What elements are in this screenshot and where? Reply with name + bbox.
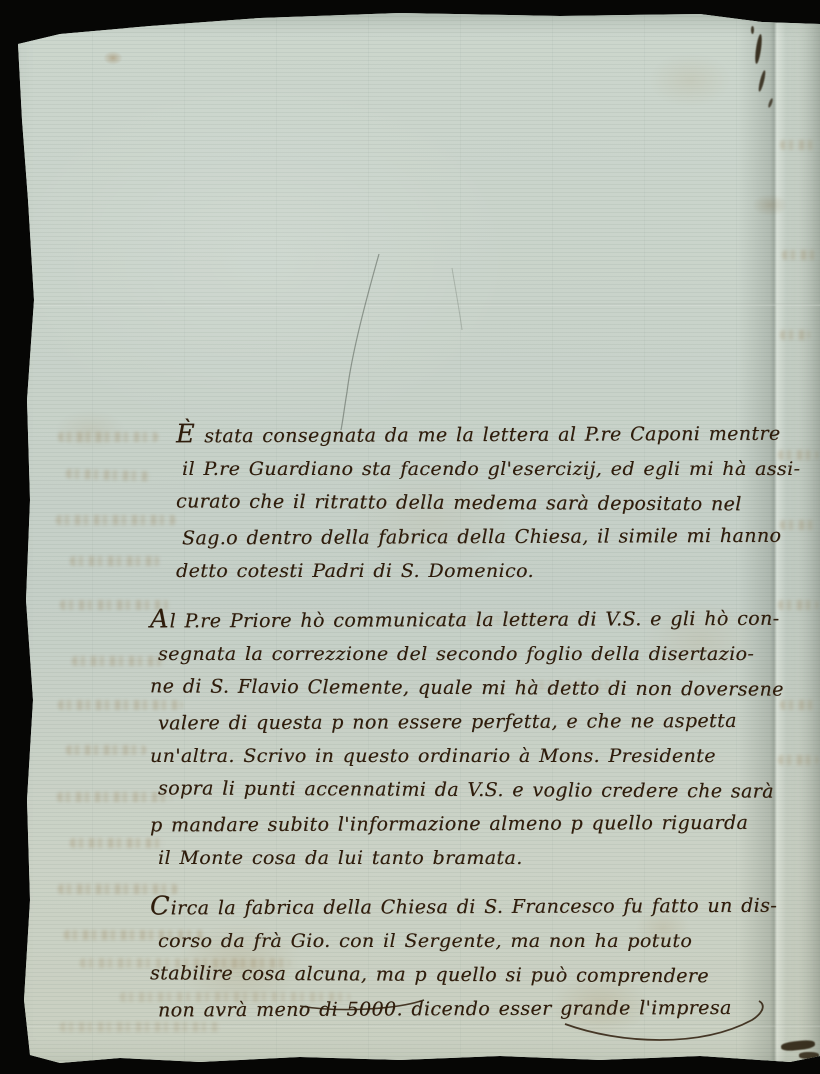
horizontal-crease [0,303,820,306]
manuscript-line: corso da frà Gio. con il Sergente, ma no… [158,924,798,958]
manuscript-line: un'altra. Scrivo in questo ordinario à M… [150,739,798,773]
manuscript-line: curato che il ritratto della medema sarà… [176,484,798,521]
manuscript-line: ne di S. Flavio Clemente, quale mi hà de… [150,669,798,706]
scan-background: È stata consegnata da me la lettera al P… [0,0,820,1074]
ink-smudge [754,34,763,64]
paragraph: Al P.re Priore hò communicata la lettera… [150,601,798,875]
manuscript-line: il P.re Guardiano sta facendo gl'eserciz… [182,452,798,486]
letter-page: È stata consegnata da me la lettera al P… [0,0,820,1074]
manuscript-line: p mandare subito l'informazione almeno p… [150,806,798,843]
bleedthrough-mark [780,140,816,150]
paragraph: Circa la fabrica della Chiesa di S. Fran… [150,888,798,1026]
manuscript-line: detto cotesti Padri di S. Domenico. [176,554,798,588]
bleedthrough-mark [58,432,158,442]
manuscript-line: Al P.re Priore hò communicata la lettera… [150,600,798,639]
manuscript-line: segnata la correzzione del secondo fogli… [158,637,798,671]
manuscript-line: non avrà meno di 5000. dicendo esser gra… [158,991,798,1028]
bleedthrough-mark [66,745,146,755]
ink-smudge [751,26,754,34]
manuscript-line: sopra li punti accennatimi da V.S. e vog… [158,771,798,808]
ink-smudge [757,70,766,92]
manuscript-line: Circa la fabrica della Chiesa di S. Fran… [150,887,798,926]
bleedthrough-mark [782,250,816,260]
letter-text: È stata consegnata da me la lettera al P… [150,416,798,1026]
bleedthrough-mark [70,556,160,566]
ink-smudge [767,98,773,108]
manuscript-line: È stata consegnata da me la lettera al P… [176,415,798,454]
manuscript-line: il Monte cosa da lui tanto bramata. [158,841,798,875]
manuscript-line: stabilire cosa alcuna, ma p quello si pu… [150,956,798,993]
manuscript-line: valere di questa p non essere perfetta, … [158,704,798,741]
ink-smudge [781,1039,816,1052]
bleedthrough-mark [780,330,810,340]
ink-smudge [799,1052,819,1059]
manuscript-line: Sag.o dentro della fabrica della Chiesa,… [182,519,798,556]
bleedthrough-mark [66,469,150,482]
paragraph: È stata consegnata da me la lettera al P… [150,416,798,588]
